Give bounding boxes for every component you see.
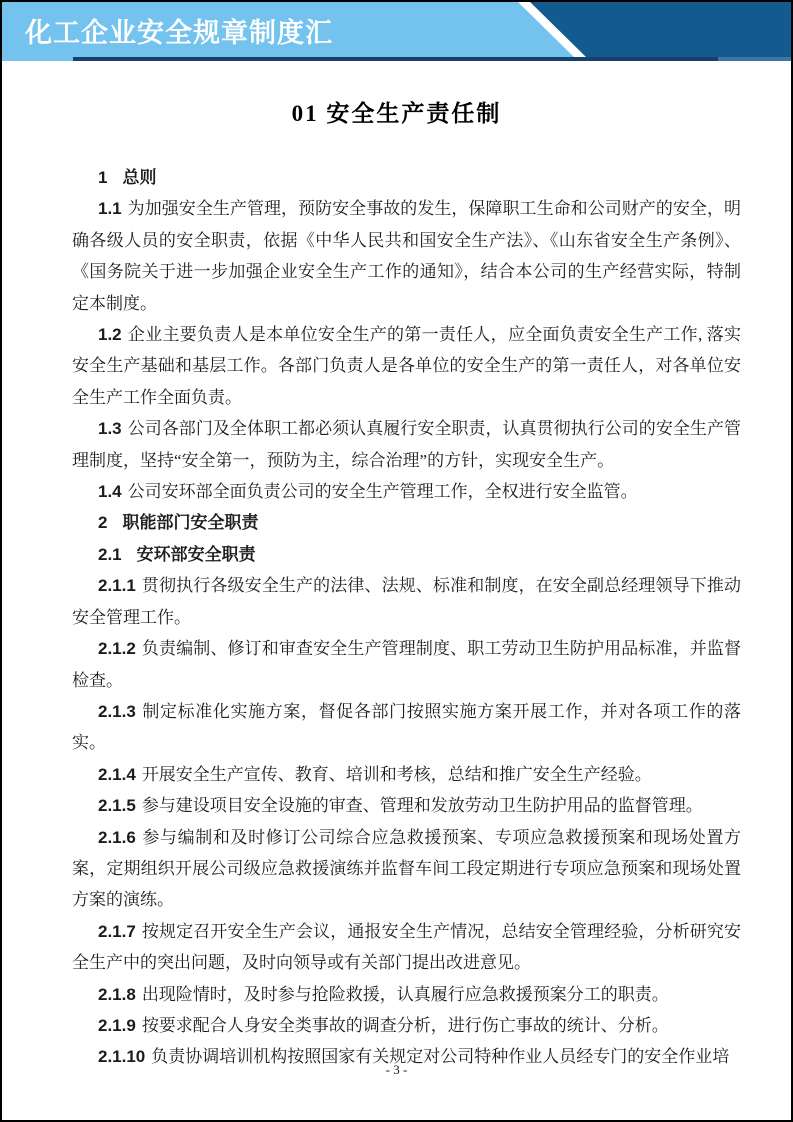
clause-text: 为加强安全生产管理，预防安全事故的发生，保障职工生命和公司财产的安全，明确各级人… [72,199,741,312]
document-body: 1总则 1.1为加强安全生产管理，预防安全事故的发生，保障职工生命和公司财产的安… [2,162,791,1073]
section-number: 2 [98,513,107,532]
clause-text: 开展安全生产宣传、教育、培训和考核，总结和推广安全生产经验。 [142,765,652,784]
section-heading: 2.1安环部安全职责 [72,539,741,570]
clause-number: 2.1.6 [98,828,136,847]
booklet-title: 化工企业安全规章制度汇 [25,10,333,49]
paragraph: 1.1为加强安全生产管理，预防安全事故的发生，保障职工生命和公司财产的安全，明确… [72,193,741,319]
clause-number: 2.1.5 [98,796,136,815]
clause-number: 2.1.3 [98,702,136,721]
clause-text: 贯彻执行各级安全生产的法律、法规、标准和制度，在安全副总经理领导下推动安全管理工… [72,576,741,626]
paragraph: 2.1.6参与编制和及时修订公司综合应急救援预案、专项应急救援预案和现场处置方案… [72,822,741,916]
clause-text: 出现险情时，及时参与抢险救援，认真履行应急救援预案分工的职责。 [142,985,669,1004]
clause-text: 按规定召开安全生产会议，通报安全生产情况，总结安全管理经验，分析研究安全生产中的… [72,922,741,972]
clause-text: 按要求配合人身安全类事故的调查分析，进行伤亡事故的统计、分析。 [142,1016,669,1035]
paragraph: 2.1.5参与建设项目安全设施的审查、管理和发放劳动卫生防护用品的监督管理。 [72,790,741,821]
clause-text: 制定标准化实施方案，督促各部门按照实施方案开展工作，并对各项工作的落实。 [72,702,741,752]
clause-number: 2.1.4 [98,765,136,784]
clause-number: 2.1.8 [98,985,136,1004]
clause-number: 2.1.1 [98,576,136,595]
section-heading-text: 总则 [122,168,156,187]
banner-underline-light-segment [718,57,791,61]
paragraph: 1.4公司安环部全面负责公司的安全生产管理工作，全权进行安全监管。 [72,476,741,507]
clause-number: 2.1.9 [98,1016,136,1035]
paragraph: 2.1.9按要求配合人身安全类事故的调查分析，进行伤亡事故的统计、分析。 [72,1010,741,1041]
clause-text: 参与编制和及时修订公司综合应急救援预案、专项应急救援预案和现场处置方案，定期组织… [72,828,741,910]
paragraph: 1.2企业主要负责人是本单位安全生产的第一责任人，应全面负责安全生产工作, 落实… [72,319,741,413]
clause-number: 1.1 [98,199,122,218]
header-banner: 化工企业安全规章制度汇 [2,2,791,61]
page-title: 01 安全生产责任制 [2,99,791,129]
paragraph: 2.1.3制定标准化实施方案，督促各部门按照实施方案开展工作，并对各项工作的落实… [72,696,741,759]
clause-text: 参与建设项目安全设施的审查、管理和发放劳动卫生防护用品的监督管理。 [142,796,703,815]
section-heading: 1总则 [72,162,741,193]
section-number: 2.1 [98,545,122,564]
clause-number: 1.2 [98,325,122,344]
clause-number: 2.1.7 [98,922,136,941]
clause-text: 负责编制、修订和审查安全生产管理制度、职工劳动卫生防护用品标准，并监督检查。 [72,639,741,689]
clause-number: 1.4 [98,482,122,501]
banner-underline [73,57,791,61]
paragraph: 2.1.7按规定召开安全生产会议，通报安全生产情况，总结安全管理经验，分析研究安… [72,916,741,979]
document-page: 化工企业安全规章制度汇 01 安全生产责任制 1总则 1.1为加强安全生产管理，… [0,0,793,1122]
paragraph: 2.1.8出现险情时，及时参与抢险救援，认真履行应急救援预案分工的职责。 [72,979,741,1010]
clause-number: 1.3 [98,419,122,438]
clause-text: 公司安环部全面负责公司的安全生产管理工作，全权进行安全监管。 [128,482,638,501]
clause-text: 公司各部门及全体职工都必须认真履行安全职责，认真贯彻执行公司的安全生产管理制度，… [72,419,741,469]
paragraph: 1.3公司各部门及全体职工都必须认真履行安全职责，认真贯彻执行公司的安全生产管理… [72,413,741,476]
section-number: 1 [98,168,107,187]
section-heading-text: 职能部门安全职责 [122,513,258,532]
paragraph: 2.1.4开展安全生产宣传、教育、培训和考核，总结和推广安全生产经验。 [72,759,741,790]
paragraph: 2.1.1贯彻执行各级安全生产的法律、法规、标准和制度，在安全副总经理领导下推动… [72,570,741,633]
section-heading: 2职能部门安全职责 [72,507,741,538]
clause-number: 2.1.2 [98,639,136,658]
clause-text: 企业主要负责人是本单位安全生产的第一责任人，应全面负责安全生产工作, 落实安全生… [72,325,741,407]
paragraph: 2.1.2负责编制、修订和审查安全生产管理制度、职工劳动卫生防护用品标准，并监督… [72,633,741,696]
section-heading-text: 安环部安全职责 [137,545,256,564]
page-number: - 3 - [2,1062,791,1078]
